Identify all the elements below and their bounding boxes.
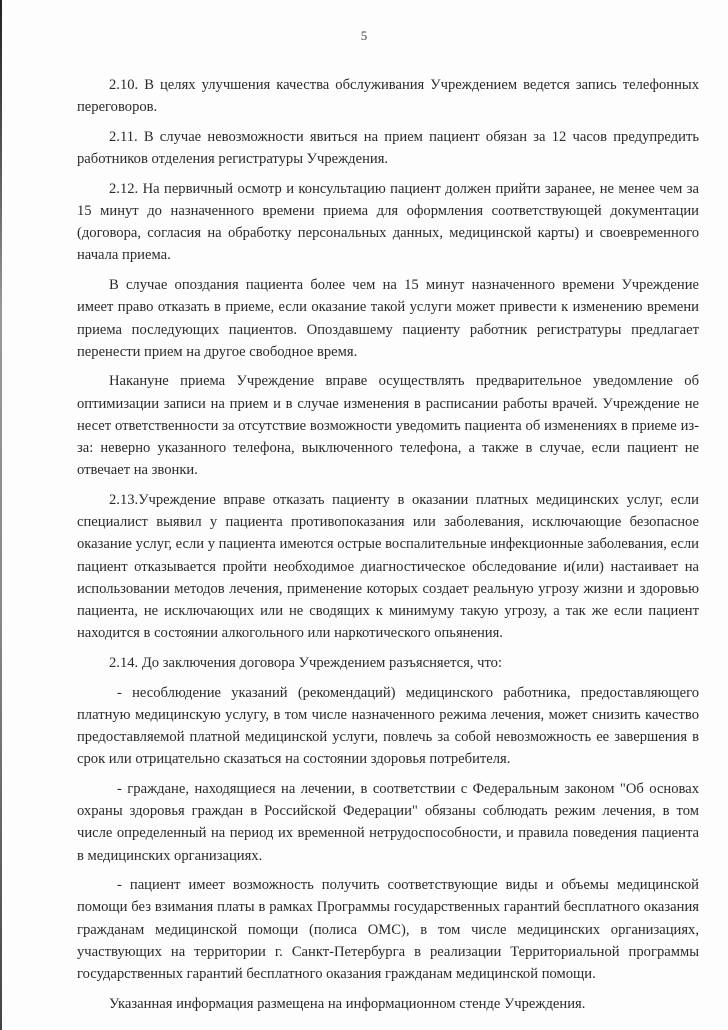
advance-notice-paragraph: Накануне приема Учреждение вправе осущес… xyxy=(77,370,699,481)
clause-2-14: 2.14. До заключения договора Учреждением… xyxy=(77,652,699,674)
clause-2-11: 2.11. В случае невозможности явиться на … xyxy=(77,126,699,170)
late-arrival-paragraph: В случае опоздания пациента более чем на… xyxy=(77,274,699,363)
final-note: Указанная информация размещена на информ… xyxy=(77,993,699,1015)
document-body: 2.10. В целях улучшения качества обслужи… xyxy=(77,74,699,1022)
scan-edge xyxy=(0,0,2,1030)
clause-2-14-item-a: - несоблюдение указаний (рекомендаций) м… xyxy=(77,682,699,771)
clause-2-10: 2.10. В целях улучшения качества обслужи… xyxy=(77,74,699,118)
clause-2-13: 2.13.Учреждение вправе отказать пациенту… xyxy=(77,489,699,644)
clause-2-14-item-b: - граждане, находящиеся на лечении, в со… xyxy=(77,778,699,867)
clause-2-14-item-c: - пациент имеет возможность получить соо… xyxy=(77,874,699,985)
page-number: 5 xyxy=(0,28,728,44)
clause-2-12: 2.12. На первичный осмотр и консультацию… xyxy=(77,178,699,267)
